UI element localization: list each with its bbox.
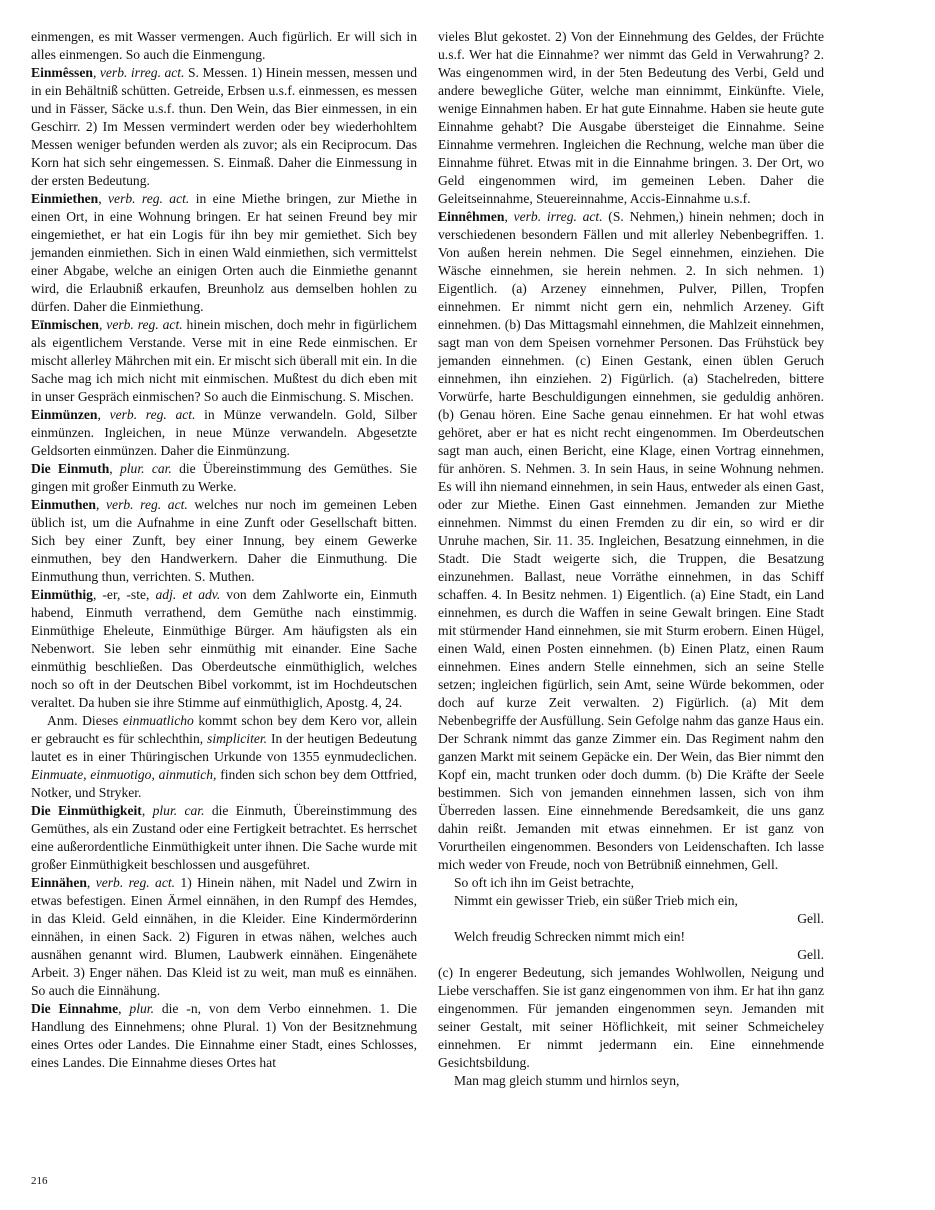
note-text: Anm. Dieses [47,713,123,728]
headword: Einmünzen [31,407,97,422]
definition: von dem Zahlworte ein, Einmuth habend, E… [31,587,417,710]
page-number: 216 [31,1175,48,1187]
left-column: einmengen, es mit Wasser vermengen. Auch… [31,28,417,1072]
grammar-label: plur. [129,1001,154,1016]
dictionary-entry: Einnähen, verb. reg. act. 1) Hinein nähe… [31,874,417,1000]
headword: Die Einnahme [31,1001,118,1016]
dictionary-entry: Einmüthig, -er, -ste, adj. et adv. von d… [31,586,417,712]
note-italic: Einmuate, einmuotigo, ainmutich, [31,767,216,782]
verse-attribution: Gell. [438,910,824,928]
grammar-label: verb. irreg. act. [514,209,603,224]
grammar-label: verb. reg. act. [106,317,182,332]
dictionary-entry: Einmêssen, verb. irreg. act. S. Messen. … [31,64,417,190]
grammar-label: verb. irreg. act. [100,65,185,80]
grammar-label: verb. reg. act. [110,407,196,422]
dictionary-entry: Die Einmüthigkeit, plur. car. die Einmut… [31,802,417,874]
headword: Einmuthen [31,497,96,512]
verse-attribution: Gell. [438,946,824,964]
dictionary-entry: Eīnmischen, verb. reg. act. hinein misch… [31,316,417,406]
dictionary-entry: Einmuthen, verb. reg. act. welches nur n… [31,496,417,586]
verse-line: Nimmt ein gewisser Trieb, ein süßer Trie… [438,892,824,910]
dictionary-entry: Einmiethen, verb. reg. act. in eine Miet… [31,190,417,316]
grammar-label: plur. car. [120,461,172,476]
headword: Einnêhmen [438,209,504,224]
headword: Eīnmischen [31,317,99,332]
headword: Die Einmüthigkeit [31,803,142,818]
dictionary-entry: Die Einnahme, plur. die -n, von dem Verb… [31,1000,417,1072]
inflection: , -er, -ste, [93,587,156,602]
headword: Einmiethen [31,191,98,206]
definition: in eine Miethe bringen, zur Miethe in ei… [31,191,417,314]
annotation-note: Anm. Dieses einmuatlicho kommt schon bey… [31,712,417,802]
verse-line: Welch freudig Schrecken nimmt mich ein! [438,928,824,946]
continuation-text: (c) In engerer Bedeutung, sich jemandes … [438,964,824,1072]
verse-line: Man mag gleich stumm und hirnlos seyn, [438,1072,824,1090]
grammar-label: plur. car. [153,803,205,818]
grammar-label: adj. et adv. [156,587,221,602]
definition: 1) Hinein nähen, mit Nadel und Zwirn in … [31,875,417,998]
headword: Einmüthig [31,587,93,602]
headword: Einnähen [31,875,87,890]
dictionary-entry: Die Einmuth, plur. car. die Übereinstimm… [31,460,417,496]
note-italic: simpliciter. [207,731,267,746]
dictionary-entry: Einmünzen, verb. reg. act. in Münze verw… [31,406,417,460]
definition: (S. Nehmen,) hinein nehmen; doch in vers… [438,209,824,872]
headword: Einmêssen [31,65,93,80]
dictionary-page: einmengen, es mit Wasser vermengen. Auch… [0,0,935,1210]
grammar-label: verb. reg. act. [96,875,175,890]
note-italic: einmuatlicho [123,713,194,728]
grammar-label: verb. reg. act. [108,191,189,206]
definition: S. Messen. 1) Hinein messen, messen und … [31,65,417,188]
dictionary-entry: Einnêhmen, verb. irreg. act. (S. Nehmen,… [438,208,824,874]
verse-line: So oft ich ihn im Geist betrachte, [438,874,824,892]
headword: Die Einmuth [31,461,109,476]
continuation-text: vieles Blut gekostet. 2) Von der Einnehm… [438,28,824,208]
right-column: vieles Blut gekostet. 2) Von der Einnehm… [438,28,824,1090]
grammar-label: verb. reg. act. [106,497,188,512]
continuation-text: einmengen, es mit Wasser vermengen. Auch… [31,28,417,64]
